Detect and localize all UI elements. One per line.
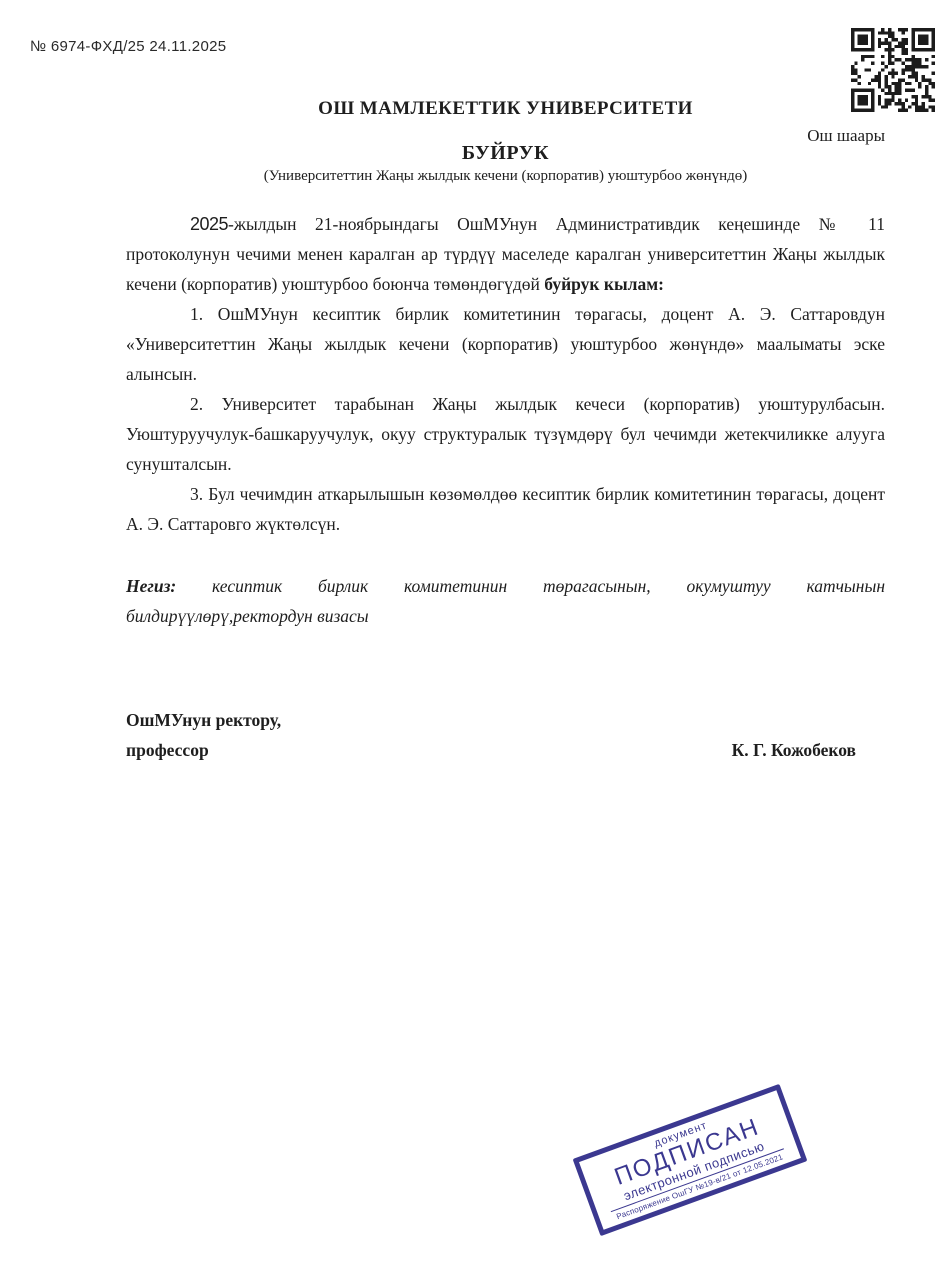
document-body: 2025-жылдын 21-ноябрындагы ОшМУнун Админ… bbox=[126, 209, 885, 765]
document-header: ОШ МАМЛЕКЕТТИК УНИВЕРСИТЕТИ БУЙРУК (Унив… bbox=[126, 98, 885, 185]
signature-position: ОшМУнун ректору, профессор bbox=[126, 705, 281, 765]
city-label: Ош шаары bbox=[807, 126, 885, 146]
document-page: № 6974-ФХД/25 24.11.2025 ОШ МАМЛЕКЕТТИК … bbox=[0, 0, 951, 1280]
document-number: № 6974-ФХД/25 24.11.2025 bbox=[30, 38, 226, 55]
order-item-1: 1. ОшМУнун кесиптик бирлик комитетинин т… bbox=[126, 299, 885, 389]
intro-text: -жылдын 21-ноябрындагы ОшМУнун Администр… bbox=[126, 214, 885, 294]
qr-code-icon bbox=[848, 28, 938, 112]
order-item-2: 2. Университет тарабынан Жаңы жылдык кеч… bbox=[126, 389, 885, 479]
order-title: БУЙРУК bbox=[126, 142, 885, 165]
intro-paragraph: 2025-жылдын 21-ноябрындагы ОшМУнун Админ… bbox=[126, 209, 885, 299]
signature-position-line1: ОшМУнун ректору, bbox=[126, 705, 281, 735]
intro-year: 2025 bbox=[190, 214, 228, 234]
signature-name: К. Г. Кожобеков bbox=[732, 735, 856, 765]
basis-text: кесиптик бирлик комитетинин төрагасынын,… bbox=[126, 576, 885, 626]
order-item-3: 3. Бул чечимдин аткарылышын көзөмөлдөө к… bbox=[126, 479, 885, 539]
signature-position-line2: профессор bbox=[126, 735, 281, 765]
basis-paragraph: Негиз: кесиптик бирлик комитетинин төраг… bbox=[126, 571, 885, 631]
intro-bold: буйрук кылам: bbox=[544, 274, 664, 294]
university-title: ОШ МАМЛЕКЕТТИК УНИВЕРСИТЕТИ bbox=[126, 98, 885, 120]
electronic-signature-stamp: документ ПОДПИСАН электронной подписью Р… bbox=[573, 1084, 808, 1236]
signature-block: ОшМУнун ректору, профессор К. Г. Кожобек… bbox=[126, 705, 885, 765]
order-subtitle: (Университеттин Жаңы жылдык кечени (корп… bbox=[126, 168, 885, 185]
basis-label: Негиз: bbox=[126, 576, 176, 596]
